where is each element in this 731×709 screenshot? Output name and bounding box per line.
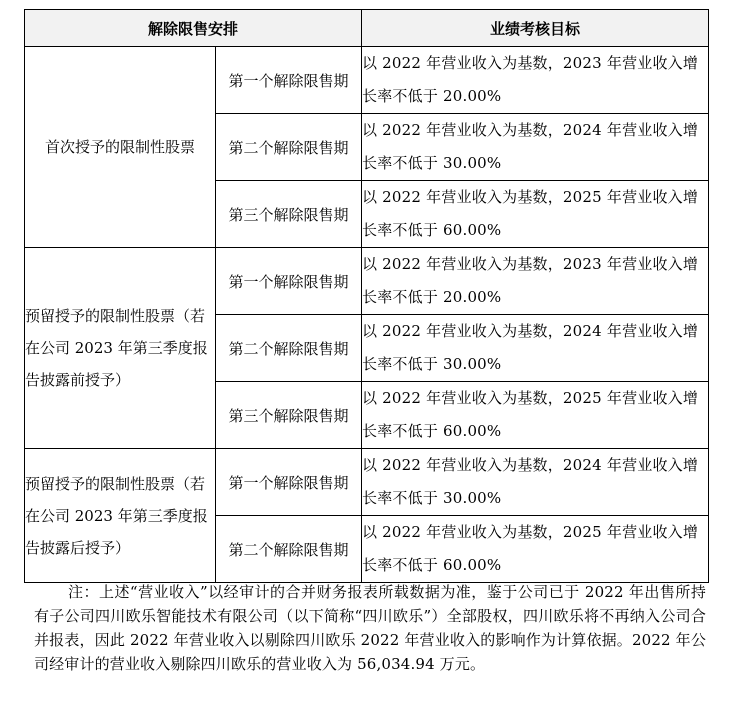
- target-cell: 以 2022 年营业收入为基数，2025 年营业收入增长率不低于 60.00%: [362, 516, 709, 583]
- target-cell: 以 2022 年营业收入为基数，2024 年营业收入增长率不低于 30.00%: [362, 449, 709, 516]
- grant-type-cell: 预留授予的限制性股票（若在公司 2023 年第三季度报告披露前授予）: [25, 248, 216, 449]
- period-cell: 第一个解除限售期: [216, 47, 362, 114]
- target-cell: 以 2022 年营业收入为基数，2025 年营业收入增长率不低于 60.00%: [362, 181, 709, 248]
- period-cell: 第一个解除限售期: [216, 248, 362, 315]
- target-cell: 以 2022 年营业收入为基数，2024 年营业收入增长率不低于 30.00%: [362, 315, 709, 382]
- table-row: 预留授予的限制性股票（若在公司 2023 年第三季度报告披露前授予） 第一个解除…: [25, 248, 709, 315]
- period-cell: 第二个解除限售期: [216, 114, 362, 181]
- target-cell: 以 2022 年营业收入为基数，2025 年营业收入增长率不低于 60.00%: [362, 382, 709, 449]
- target-cell: 以 2022 年营业收入为基数，2023 年营业收入增长率不低于 20.00%: [362, 47, 709, 114]
- period-cell: 第三个解除限售期: [216, 382, 362, 449]
- target-cell: 以 2022 年营业收入为基数，2023 年营业收入增长率不低于 20.00%: [362, 248, 709, 315]
- grant-type-cell: 预留授予的限制性股票（若在公司 2023 年第三季度报告披露后授予）: [25, 449, 216, 583]
- period-cell: 第二个解除限售期: [216, 315, 362, 382]
- performance-target-table: 解除限售安排 业绩考核目标 首次授予的限制性股票 第一个解除限售期 以 2022…: [24, 9, 709, 583]
- target-cell: 以 2022 年营业收入为基数，2024 年营业收入增长率不低于 30.00%: [362, 114, 709, 181]
- header-performance-target: 业绩考核目标: [362, 10, 709, 47]
- table-footnote: 注：上述“营业收入”以经审计的合并财务报表所载数据为准，鉴于公司已于 2022 …: [34, 580, 706, 676]
- table-header-row: 解除限售安排 业绩考核目标: [25, 10, 709, 47]
- table-row: 首次授予的限制性股票 第一个解除限售期 以 2022 年营业收入为基数，2023…: [25, 47, 709, 114]
- period-cell: 第三个解除限售期: [216, 181, 362, 248]
- period-cell: 第二个解除限售期: [216, 516, 362, 583]
- table-row: 预留授予的限制性股票（若在公司 2023 年第三季度报告披露后授予） 第一个解除…: [25, 449, 709, 516]
- period-cell: 第一个解除限售期: [216, 449, 362, 516]
- grant-type-cell: 首次授予的限制性股票: [25, 47, 216, 248]
- header-release-arrangement: 解除限售安排: [25, 10, 362, 47]
